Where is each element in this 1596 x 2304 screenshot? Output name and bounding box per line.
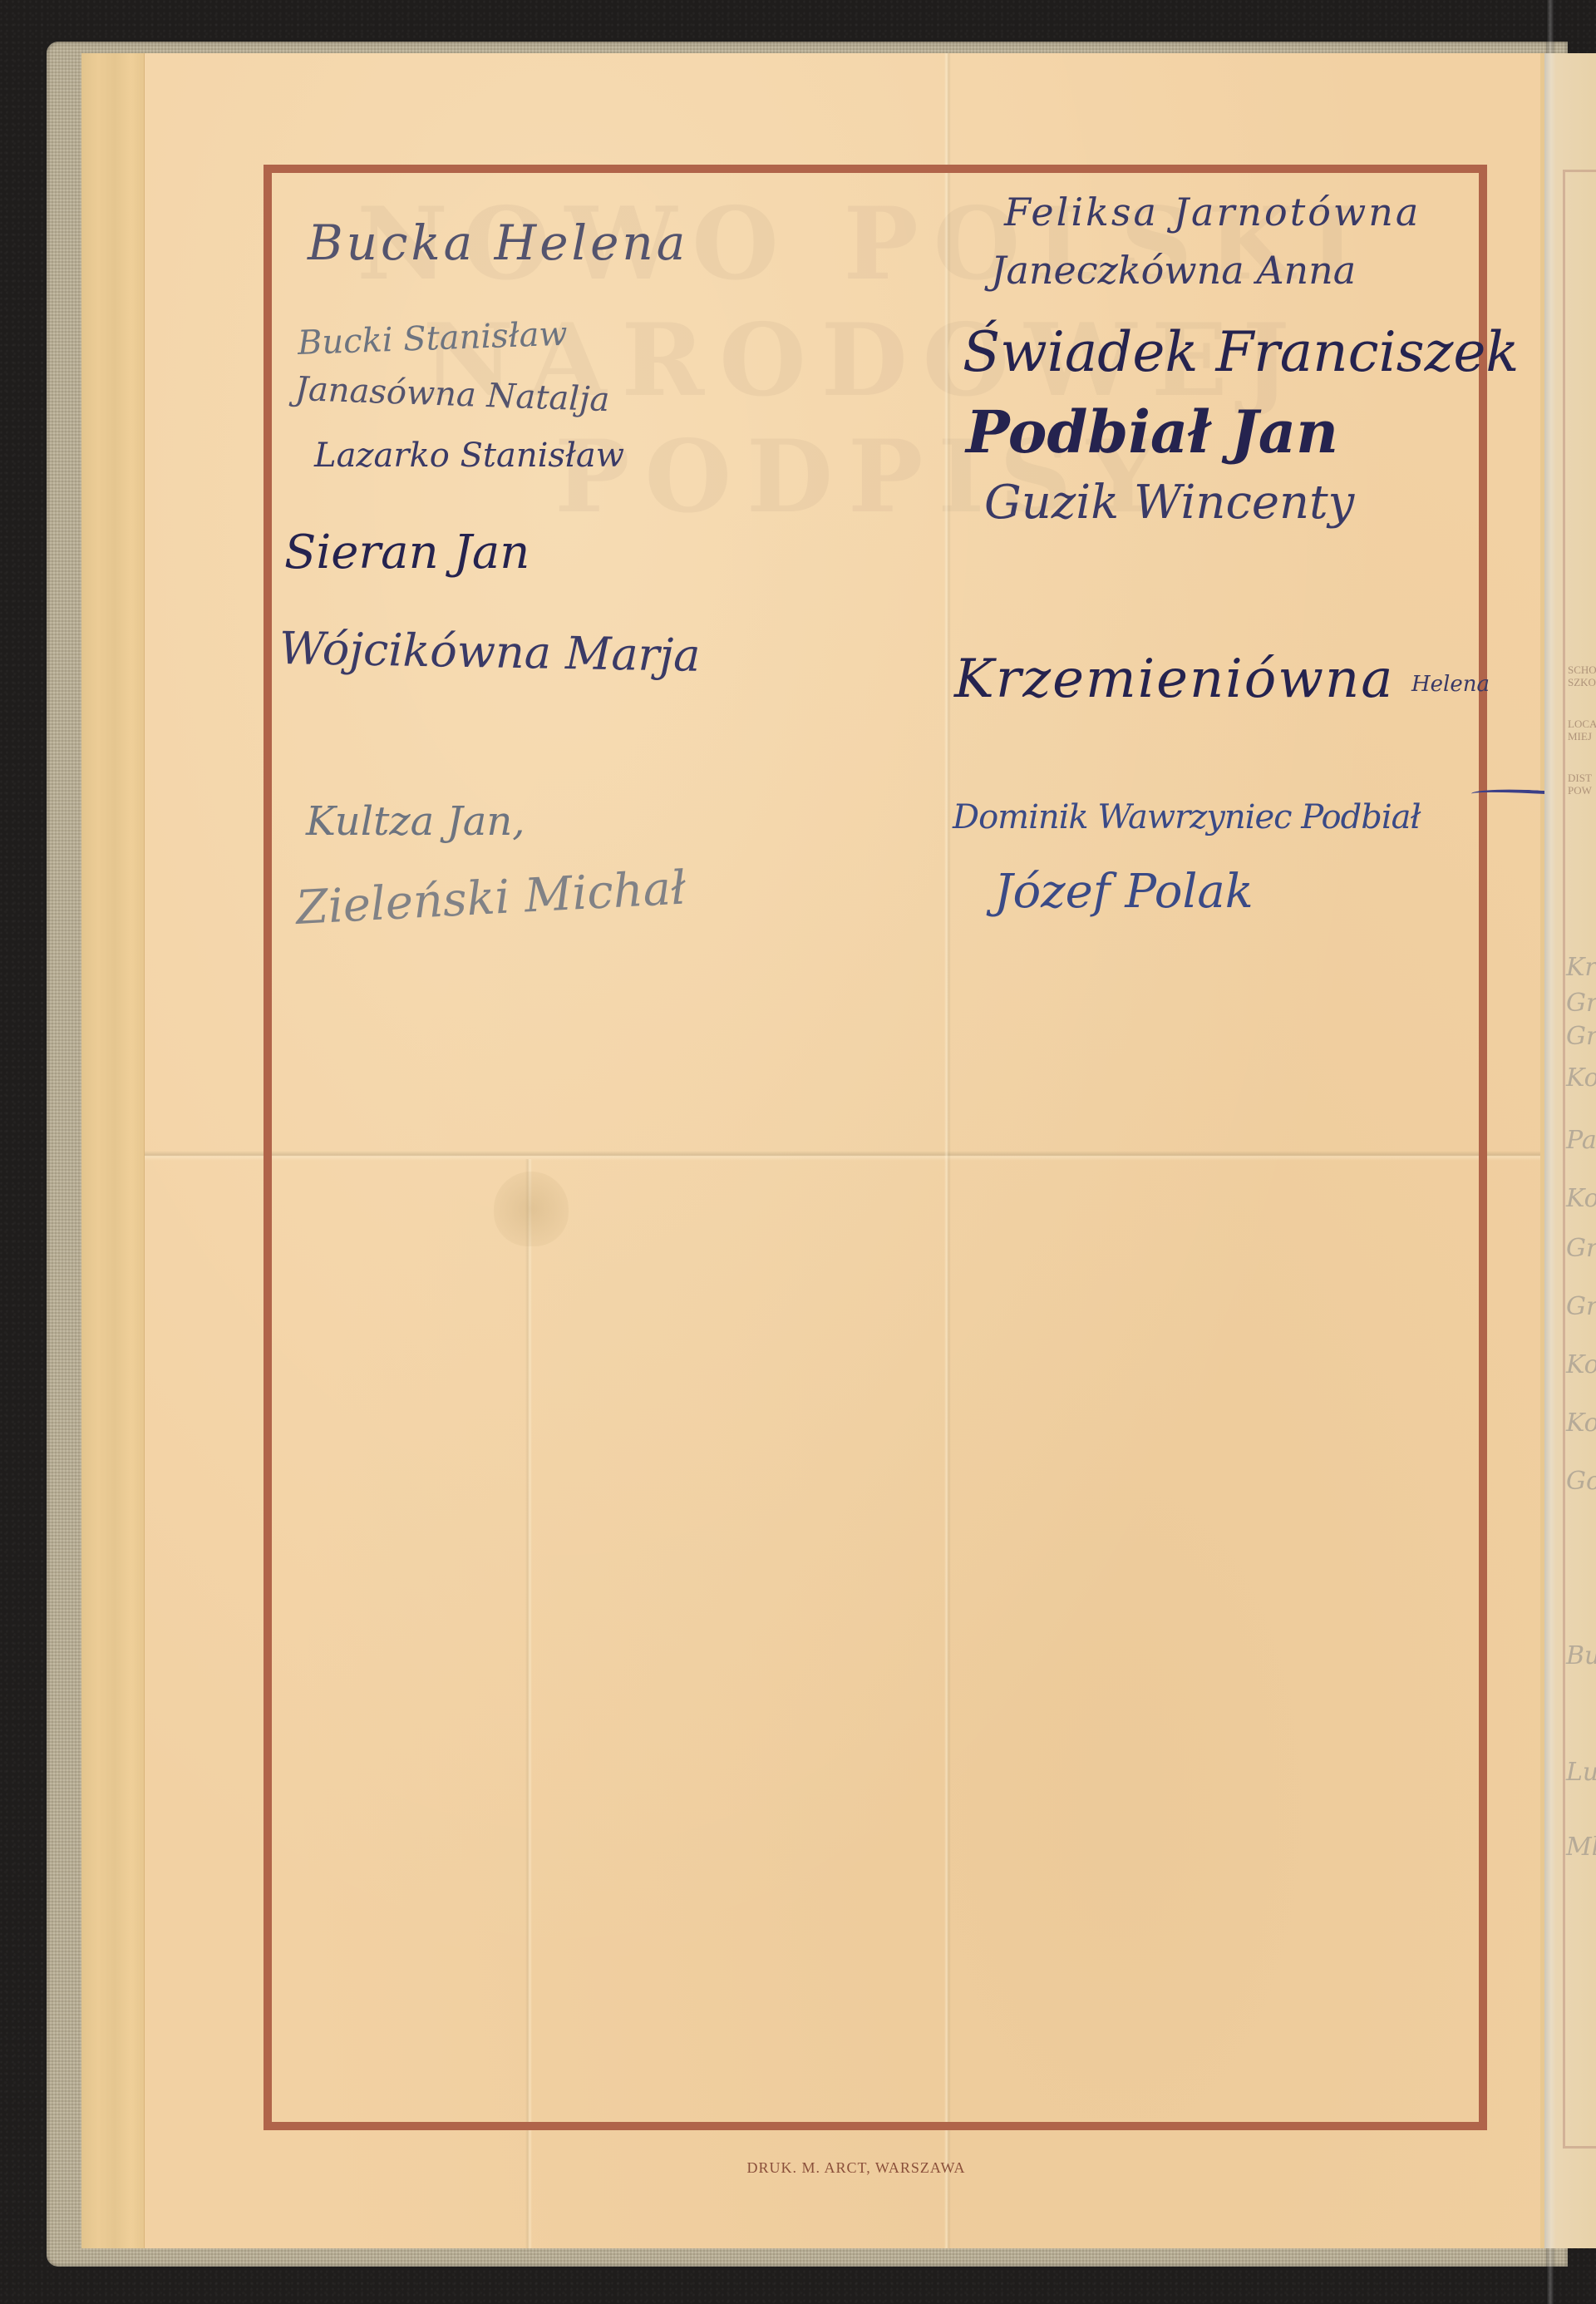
signature-entry: Podbiał Jan — [966, 397, 1338, 466]
printer-imprint: DRUK. M. ARCT, WARSZAWA — [0, 2159, 1596, 2177]
signature-entry: Lazarko Stanisław — [314, 437, 624, 475]
adjacent-label: MIEJ — [1568, 731, 1592, 743]
adjacent-label: DIST — [1568, 772, 1592, 784]
adjacent-script: Gry — [1566, 1234, 1596, 1263]
signature-entry: Helena — [1411, 672, 1490, 697]
adjacent-script: Kru — [1566, 953, 1596, 982]
signature-entry: Józef Polak — [994, 865, 1254, 919]
adjacent-label: SZKO — [1568, 677, 1596, 688]
adjacent-script: Grz — [1566, 1292, 1596, 1321]
signature-entry: Sieran Jan — [284, 525, 530, 580]
adjacent-script: Luk — [1566, 1758, 1596, 1787]
adjacent-script: Gry — [1566, 989, 1596, 1018]
adjacent-script: Kon — [1566, 1063, 1596, 1093]
adjacent-script: Bu — [1566, 1641, 1596, 1670]
signature-entry: Feliksa Jarnotówna — [1004, 190, 1421, 234]
signature-entry: Świadek Franciszek — [963, 320, 1519, 384]
adjacent-page-edge: SCHO SZKO LOCA MIEJ DIST POW Kru Gry Grz… — [1544, 53, 1596, 2248]
adjacent-script: Mle — [1566, 1833, 1596, 1862]
signature-entry: Wójcikówna Marja — [278, 622, 700, 682]
adjacent-script: Kor — [1566, 1409, 1596, 1438]
adjacent-script: Grz — [1566, 1022, 1596, 1051]
signature-entry: Kultza Jan, — [306, 798, 525, 845]
adjacent-script: Kon — [1566, 1350, 1596, 1379]
adjacent-label: SCHO — [1568, 664, 1596, 676]
signature-entry: Bucka Helena — [308, 215, 688, 271]
adjacent-label: POW — [1568, 785, 1592, 797]
adjacent-script: Pap — [1566, 1126, 1596, 1155]
signature-entry: Guzik Wincenty — [984, 476, 1354, 530]
signature-entry: Krzemieniówna — [954, 649, 1394, 710]
signature-entry: Janeczkówna Anna — [991, 248, 1356, 293]
adjacent-script: Go — [1566, 1467, 1596, 1496]
adjacent-script: Ko — [1566, 1184, 1596, 1213]
adjacent-label: LOCA — [1568, 718, 1596, 730]
signature-entry: Dominik Wawrzyniec Podbiał — [953, 798, 1420, 836]
